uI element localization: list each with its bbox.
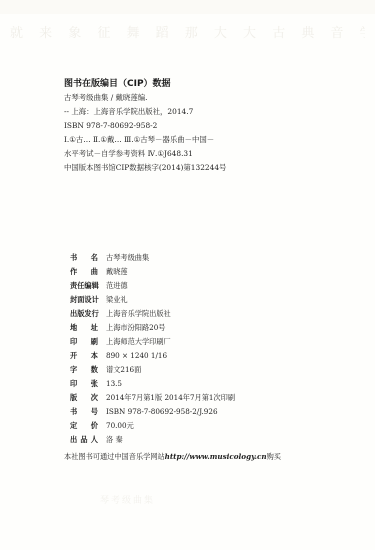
info-value: ISBN 978-7-80692-958-2/J.926	[106, 405, 218, 419]
cip-line-publisher: -- 上海：上海音乐学院出版社，2014.7	[64, 105, 324, 119]
info-label: 印刷	[70, 335, 98, 349]
cip-line-record-number: 中国版本图书馆CIP数据核字(2014)第132244号	[64, 161, 324, 175]
cip-block: 图书在版编目（CIP）数据 古琴考级曲集 / 戴晓莲编. -- 上海：上海音乐学…	[64, 78, 324, 175]
info-label: 书号	[70, 405, 98, 419]
info-value: 2014年7月第1版 2014年7月第1次印刷	[106, 391, 235, 405]
info-row-price: 定价 70.00元	[70, 419, 320, 433]
info-row-edition: 版次 2014年7月第1版 2014年7月第1次印刷	[70, 391, 320, 405]
info-row-format: 开本 890 × 1240 1/16	[70, 349, 320, 363]
page-top-shade	[0, 0, 375, 14]
cip-heading: 图书在版编目（CIP）数据	[64, 78, 324, 91]
info-label: 版次	[70, 391, 98, 405]
info-label: 作曲	[70, 265, 98, 279]
info-row-book-number: 书号 ISBN 978-7-80692-958-2/J.926	[70, 405, 320, 419]
info-row-address: 地址 上海市汾阳路20号	[70, 321, 320, 335]
info-value: 戴晓莲	[106, 265, 128, 279]
info-row-sheets: 印张 13.5	[70, 377, 320, 391]
info-row-printer: 印刷 上海师范大学印刷厂	[70, 335, 320, 349]
info-value: 范进德	[106, 279, 128, 293]
info-label: 定价	[70, 419, 98, 433]
website-link[interactable]: http://www.musicology.cn	[165, 452, 267, 461]
cip-line-title-author: 古琴考级曲集 / 戴晓莲编.	[64, 91, 324, 105]
info-row-cover-design: 封面设计 梁业礼	[70, 293, 320, 307]
info-row-composer: 作曲 戴晓莲	[70, 265, 320, 279]
publication-info-block: 书名 古琴考级曲集 作曲 戴晓莲 责任编辑 范进德 封面设计 梁业礼 出版发行 …	[70, 251, 320, 447]
info-row-producer: 出品人 洛 秦	[70, 433, 320, 447]
info-label: 印张	[70, 377, 98, 391]
info-value: 890 × 1240 1/16	[106, 349, 167, 363]
info-label: 字数	[70, 363, 98, 377]
purchase-note: 本社图书可通过中国音乐学网站http://www.musicology.cn购买	[64, 452, 281, 462]
info-row-editor: 责任编辑 范进德	[70, 279, 320, 293]
cip-line-classification-1: Ⅰ.①古… Ⅱ.①戴… Ⅲ.①古琴－器乐曲－中国－	[64, 133, 324, 147]
cip-line-classification-2: 水平考试－自学参考资料 Ⅳ.①J648.31	[64, 147, 324, 161]
info-row-word-count: 字数 谱文216面	[70, 363, 320, 377]
info-label: 责任编辑	[70, 279, 98, 293]
info-label: 出品人	[70, 433, 98, 447]
info-value: 梁业礼	[106, 293, 128, 307]
info-label: 出版发行	[70, 307, 98, 321]
bleed-through-text-bottom: 琴考级曲集	[100, 493, 155, 506]
info-row-title: 书名 古琴考级曲集	[70, 251, 320, 265]
info-value: 上海音乐学院出版社	[106, 307, 171, 321]
info-value: 古琴考级曲集	[106, 251, 149, 265]
info-label: 开本	[70, 349, 98, 363]
info-value: 13.5	[106, 377, 122, 391]
cip-line-isbn: ISBN 978-7-80692-958-2	[64, 119, 324, 133]
info-value: 70.00元	[106, 419, 134, 433]
info-label: 封面设计	[70, 293, 98, 307]
info-value: 上海师范大学印刷厂	[106, 335, 171, 349]
info-value: 谱文216面	[106, 363, 141, 377]
info-value: 上海市汾阳路20号	[106, 321, 165, 335]
info-value: 洛 秦	[106, 433, 123, 447]
info-label: 地址	[70, 321, 98, 335]
purchase-note-suffix: 购买	[267, 452, 281, 461]
info-label: 书名	[70, 251, 98, 265]
purchase-note-prefix: 本社图书可通过中国音乐学网站	[64, 452, 165, 461]
info-row-publisher: 出版发行 上海音乐学院出版社	[70, 307, 320, 321]
bleed-through-text: 就 来 象 征 舞 蹈 那 大 大 古 典 音 学 班 题 国 学 是	[10, 22, 365, 41]
